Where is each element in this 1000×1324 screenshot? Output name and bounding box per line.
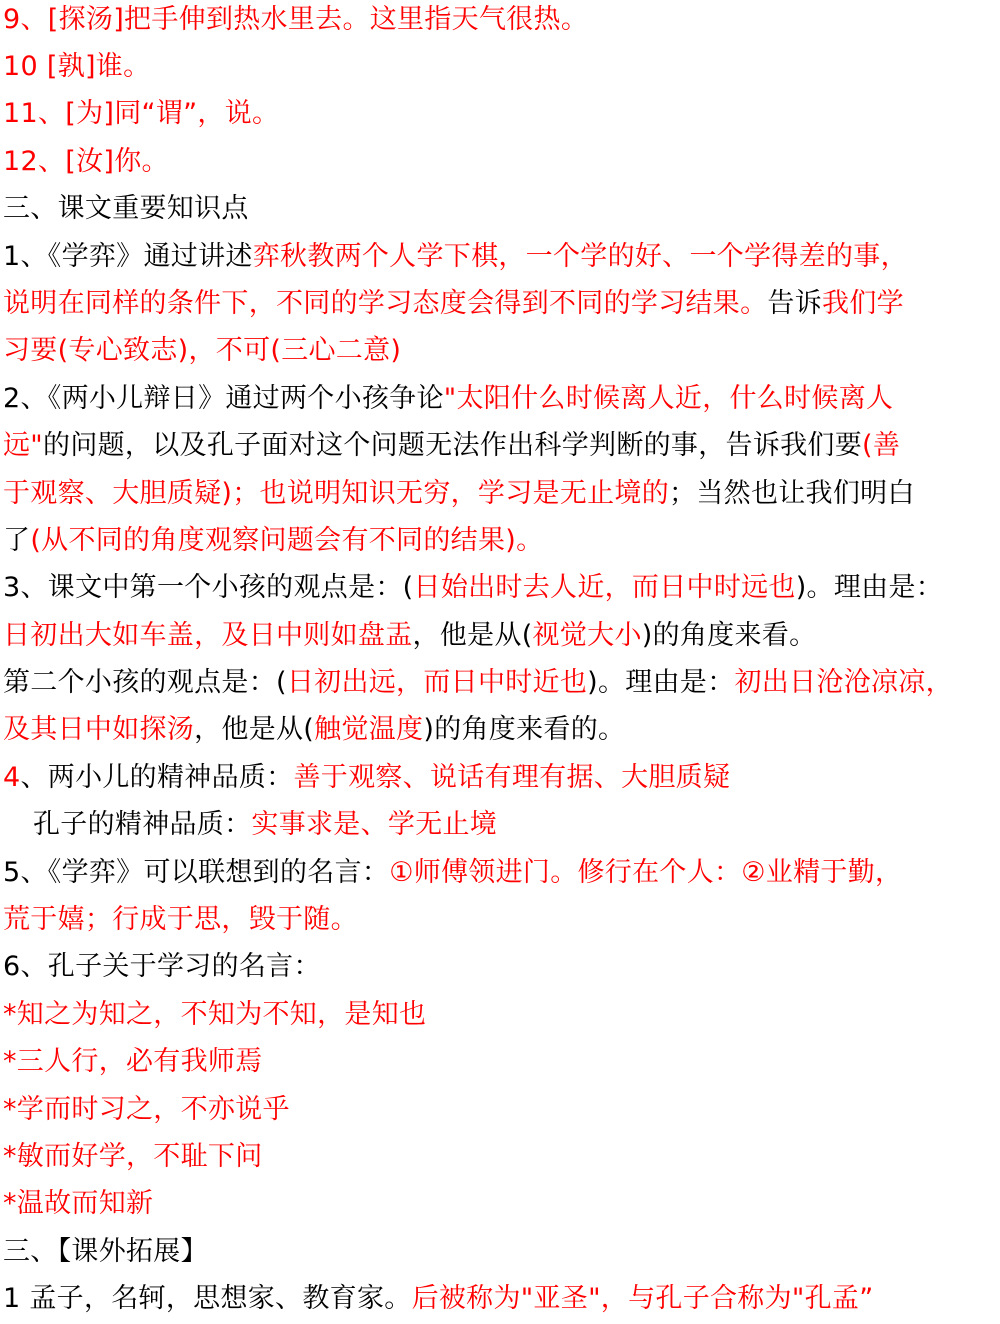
text-line: *三人行，必有我师焉: [3, 1038, 263, 1085]
body-text: )的角度来看的。: [423, 714, 625, 745]
text-line: 三、【课外拓展】: [3, 1228, 208, 1275]
body-text: ，他是从(: [194, 714, 314, 745]
body-text: 5、《学弈》可以联想到的名言：: [3, 857, 389, 888]
text-line: *知之为知之，不知为不知，是知也: [3, 991, 426, 1038]
highlighted-text: (善: [862, 430, 900, 461]
highlighted-text: "太阳什么时候离人近，什么时候离人: [444, 383, 894, 414]
body-text: 三、课文重要知识点: [3, 193, 249, 224]
highlighted-text: 9、[探汤]把手伸到热水里去。这里指天气很热。: [3, 4, 588, 35]
text-line: 了(从不同的角度观察问题会有不同的结果)。: [3, 517, 543, 564]
text-line: 5、《学弈》可以联想到的名言：①师傅领进门。修行在个人：②业精于勤，: [3, 849, 902, 896]
body-text: 的问题，以及孔子面对这个问题无法作出科学判断的事，告诉我们要: [43, 430, 862, 461]
highlighted-text: 说明在同样的条件下，不同的学习态度会得到不同的学习结果。: [3, 288, 767, 319]
text-line: 6、孔子关于学习的名言：: [3, 943, 321, 990]
highlighted-text: 荒于嬉；行成于思，毁于随。: [3, 904, 358, 935]
highlighted-text: 日始出时去人近，而日中时远也: [414, 572, 796, 603]
highlighted-text: 12、[汝]你。: [3, 146, 169, 177]
text-line: 3、课文中第一个小孩的观点是：(日始出时去人近，而日中时远也)。理由是：: [3, 564, 943, 611]
highlighted-text: 日初出大如车盖，及日中则如盘盂: [3, 620, 413, 651]
body-text: 3、课文中第一个小孩的观点是：(: [3, 572, 414, 603]
highlighted-text: 及其日中如探汤: [3, 714, 194, 745]
highlighted-text: 善于观察、说话有理有据、大胆质疑: [293, 762, 730, 793]
text-line: 说明在同样的条件下，不同的学习态度会得到不同的学习结果。告诉我们学: [3, 280, 904, 327]
body-text: 孔子的精神品质：: [33, 809, 251, 840]
highlighted-text: 初出日沧沧凉凉，: [735, 667, 953, 698]
highlighted-text: *三人行，必有我师焉: [3, 1046, 263, 1077]
text-line: 11、[为]同“谓”，说。: [3, 90, 279, 137]
body-text: 1、《学弈》通过讲述: [3, 241, 253, 272]
text-line: 第二个小孩的观点是：(日初出远，而日中时近也)。理由是：初出日沧沧凉凉，: [3, 659, 953, 706]
body-text: 告诉: [767, 288, 822, 319]
highlighted-text: 习要(专心致志)，不可(三心二意): [3, 335, 401, 366]
highlighted-text: 我们学: [822, 288, 904, 319]
body-text: ，他是从(: [413, 620, 533, 651]
text-line: 习要(专心致志)，不可(三心二意): [3, 327, 401, 374]
body-text: 第二个小孩的观点是：(: [3, 667, 287, 698]
text-line: 4、两小儿的精神品质：善于观察、说话有理有据、大胆质疑: [3, 754, 730, 801]
text-line: *学而时习之，不亦说乎: [3, 1086, 290, 1133]
highlighted-text: ①师傅领进门。修行在个人：②业精于勤，: [389, 857, 902, 888]
highlighted-text: *学而时习之，不亦说乎: [3, 1094, 290, 1125]
body-text: 、两小儿的精神品质：: [20, 762, 293, 793]
body-text: )。理由是：: [587, 667, 734, 698]
text-line: 孔子的精神品质：实事求是、学无止境: [33, 801, 497, 848]
text-line: 及其日中如探汤，他是从(触觉温度)的角度来看的。: [3, 706, 625, 753]
text-line: 12、[汝]你。: [3, 138, 169, 185]
text-line: 于观察、大胆质疑)；也说明知识无穷，学习是无止境的；当然也让我们明白: [3, 470, 915, 517]
text-line: 三、课文重要知识点: [3, 185, 249, 232]
highlighted-text: 10 [孰]谁。: [3, 51, 150, 82]
text-line: 日初出大如车盖，及日中则如盘盂，他是从(视觉大小)的角度来看。: [3, 612, 816, 659]
highlighted-text: *敏而好学，不耻下问: [3, 1141, 263, 1172]
text-line: 9、[探汤]把手伸到热水里去。这里指天气很热。: [3, 0, 588, 43]
text-line: 荒于嬉；行成于思，毁于随。: [3, 896, 358, 943]
text-line: 远"的问题，以及孔子面对这个问题无法作出科学判断的事，告诉我们要(善: [3, 422, 900, 469]
text-line: 1 孟子，名轲，思想家、教育家。后被称为"亚圣"，与孔子合称为"孔孟”: [3, 1275, 874, 1322]
body-text: 2、《两小儿辩日》通过两个小孩争论: [3, 383, 444, 414]
highlighted-text: 于观察、大胆质疑)；也说明知识无穷，学习是无止境的: [3, 478, 669, 509]
body-text: ；当然也让我们明白: [669, 478, 915, 509]
text-line: 10 [孰]谁。: [3, 43, 150, 90]
text-line: 2、《两小儿辩日》通过两个小孩争论"太阳什么时候离人近，什么时候离人: [3, 375, 893, 422]
text-line: 1、《学弈》通过讲述弈秋教两个人学下棋，一个学的好、一个学得差的事，: [3, 233, 908, 280]
highlighted-text: 后被称为"亚圣"，与孔子合称为"孔孟”: [412, 1283, 874, 1314]
highlighted-text: *温故而知新: [3, 1188, 153, 1219]
highlighted-text: 4: [3, 762, 20, 793]
highlighted-text: (从不同的角度观察问题会有不同的结果)。: [30, 525, 543, 556]
highlighted-text: 11、[为]同“谓”，说。: [3, 98, 279, 129]
body-text: 6、孔子关于学习的名言：: [3, 951, 321, 982]
body-text: )。理由是：: [796, 572, 943, 603]
body-text: 1 孟子，名轲，思想家、教育家。: [3, 1283, 412, 1314]
highlighted-text: 日初出远，而日中时近也: [287, 667, 587, 698]
highlighted-text: 弈秋教两个人学下棋，一个学的好、一个学得差的事，: [253, 241, 908, 272]
body-text: 了: [3, 525, 30, 556]
highlighted-text: 远": [3, 430, 43, 461]
highlighted-text: 视觉大小: [533, 620, 642, 651]
highlighted-text: *知之为知之，不知为不知，是知也: [3, 999, 426, 1030]
highlighted-text: 实事求是、学无止境: [251, 809, 497, 840]
highlighted-text: 触觉温度: [314, 714, 423, 745]
text-line: *温故而知新: [3, 1180, 153, 1227]
body-text: 三、【课外拓展】: [3, 1236, 208, 1267]
text-line: *敏而好学，不耻下问: [3, 1133, 263, 1180]
body-text: )的角度来看。: [642, 620, 817, 651]
